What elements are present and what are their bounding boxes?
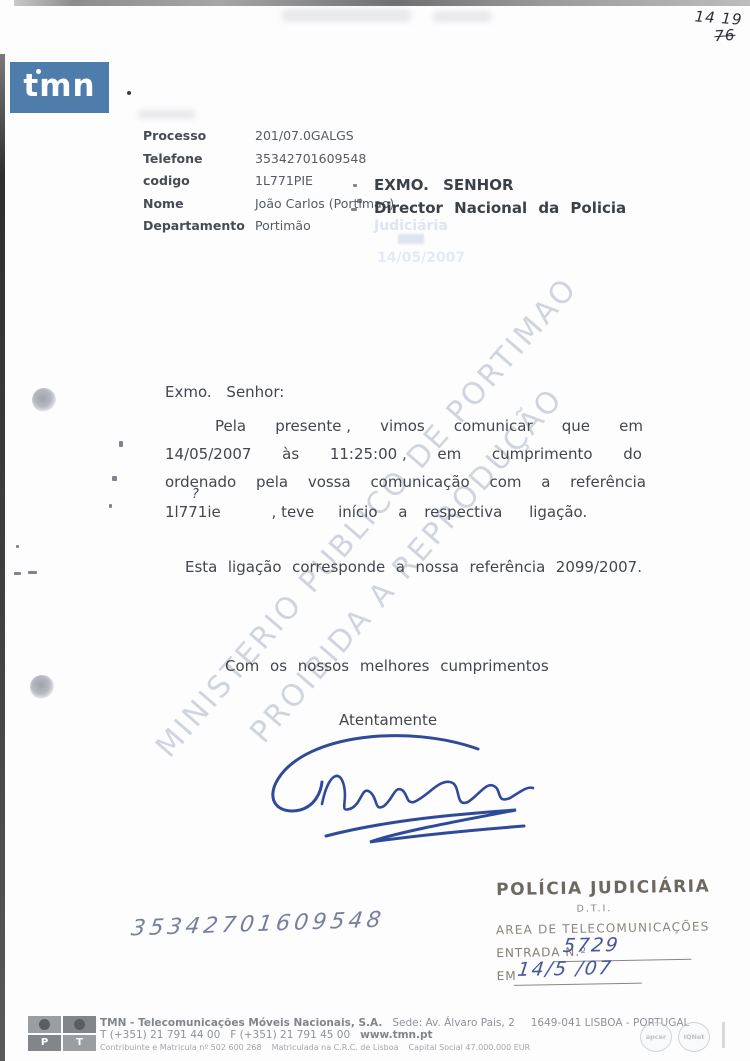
hole-punch <box>32 388 56 412</box>
iqnet-cert-logo: IQNet <box>678 1022 710 1052</box>
word: ordenado <box>165 473 236 491</box>
field-row-processo: Processo 201/07.0GALGS <box>143 128 403 143</box>
field-label: Processo <box>143 128 255 143</box>
tmn-logo-dot-icon <box>36 69 41 74</box>
field-row-nome: Nome João Carlos (Portimao) <box>143 196 403 211</box>
paragraph1-line4: 1l771ie , teve início a respectiva ligaç… <box>165 503 587 521</box>
faint-date: 14/05/2007 <box>377 250 465 266</box>
word: nossa <box>415 558 459 576</box>
field-row-telefone: Telefone 35342701609548 <box>143 151 403 166</box>
ink-speck <box>357 199 362 203</box>
scan-left-edge <box>0 54 5 1061</box>
word: comunicação <box>370 473 469 491</box>
word: com <box>489 473 521 491</box>
word: a <box>541 473 550 491</box>
stamp-date-handwritten: 14/5 /07 <box>516 957 614 981</box>
ink-speck <box>112 476 117 481</box>
ink-speck <box>127 91 131 95</box>
word: corresponde <box>292 558 385 576</box>
handwritten-question-mark: ? <box>192 487 199 502</box>
recipient-line1: EXMO. SENHOR <box>374 176 626 194</box>
handwritten-msisdn: 35342701609548 <box>130 908 387 942</box>
word: 2099/2007. <box>556 558 642 576</box>
paragraph1-line1: Pela presente , vimos comunicar que em <box>215 417 643 435</box>
word: às <box>282 445 299 463</box>
word: vimos <box>380 417 425 435</box>
scan-top-edge <box>14 0 750 6</box>
footer-website: www.tmn.pt <box>360 1029 432 1041</box>
scanned-letter-page: 14 19 76 tmn Processo 201/07.0GALGS Tele… <box>0 0 750 1061</box>
word: presente , <box>275 417 351 435</box>
field-label: codigo <box>143 173 255 188</box>
footer-line3: Contribuinte e Matricula nº 502 600 268M… <box>100 1042 689 1054</box>
footer-line2: T (+351) 21 791 44 00F (+351) 21 791 45 … <box>100 1030 689 1042</box>
pt-logo: P T <box>28 1016 96 1051</box>
word: em <box>619 417 643 435</box>
word: a <box>396 558 405 576</box>
ink-speck <box>16 545 19 548</box>
stamp-date-label: EM <box>497 969 517 983</box>
stamp-subtitle: D.T.I. <box>576 903 612 915</box>
word: pela <box>256 473 288 491</box>
word: referência <box>470 558 546 576</box>
handwritten-number-top: 14 19 <box>694 8 743 28</box>
closing-line: Com os nossos melhores cumprimentos <box>225 657 549 675</box>
policia-judiciaria-stamp: POLÍCIA JUDICIÁRIA D.T.I. AREA DE TELECO… <box>490 876 750 881</box>
recipient-block: EXMO. SENHOR Director Nacional da Polici… <box>374 176 626 217</box>
footer-legal3: Capital Social 47.000.000 EUR <box>409 1043 531 1052</box>
hole-punch <box>30 675 54 699</box>
pt-logo-circle-icon <box>28 1016 61 1033</box>
field-value: Portimão <box>255 218 311 233</box>
word: Esta <box>185 558 217 576</box>
pt-logo-letter-p: P <box>28 1035 61 1052</box>
field-label: Telefone <box>143 151 255 166</box>
word: ligação <box>228 558 282 576</box>
field-value: 35342701609548 <box>255 151 366 166</box>
pt-logo-letter-t: T <box>63 1035 96 1052</box>
pt-logo-circle-icon <box>63 1016 96 1033</box>
footer-company-info: TMN - Telecomunicações Móveis Nacionais,… <box>100 1018 689 1054</box>
faint-stamp-trace <box>398 234 424 244</box>
field-label: Nome <box>143 196 255 211</box>
recipient-line2: Director Nacional da Policia <box>374 199 626 217</box>
word: respectiva <box>424 503 502 521</box>
signature-ink <box>248 724 558 864</box>
footer-phone: T (+351) 21 791 44 00 <box>100 1029 220 1041</box>
ink-speck <box>119 441 123 447</box>
word: que <box>562 417 590 435</box>
footer-address1: Sede: Av. Álvaro Pais, 2 <box>392 1017 514 1029</box>
word: Pela <box>215 417 246 435</box>
tmn-logo-text: tmn <box>23 68 95 104</box>
handwritten-number-struck: 76 <box>714 27 736 45</box>
word: do <box>623 445 642 463</box>
word: a <box>398 503 407 521</box>
field-label: Departamento <box>143 218 255 233</box>
ink-speck <box>14 572 21 575</box>
word: cumprimento <box>492 445 593 463</box>
handwritten-page-numbers: 14 19 76 <box>693 8 743 45</box>
field-row-codigo: codigo 1L771PIE <box>143 173 403 188</box>
scan-smudge <box>282 9 412 22</box>
word: 1l771ie <box>165 503 221 521</box>
cert-side-mark <box>722 1022 725 1048</box>
word: início <box>338 503 377 521</box>
stamp-entry-number-handwritten: 5729 <box>562 934 621 957</box>
header-fields: Processo 201/07.0GALGS Telefone 35342701… <box>143 128 403 241</box>
certification-logos: apcer IQNet <box>640 1022 710 1052</box>
ink-speck <box>28 571 37 574</box>
ink-speck <box>353 184 357 187</box>
paragraph1-line2: 14/05/2007 às 11:25:00 , em cumprimento … <box>165 445 642 463</box>
word: , teve <box>272 503 315 521</box>
footer-company-name: TMN - Telecomunicações Móveis Nacionais,… <box>100 1017 382 1029</box>
word: comunicar <box>454 417 533 435</box>
field-value: 1L771PIE <box>255 173 313 188</box>
scan-smudge <box>138 110 196 119</box>
field-row-departamento: Departamento Portimão <box>143 218 403 233</box>
word: 14/05/2007 <box>165 445 251 463</box>
footer-legal2: Matriculada na C.R.C. de Lisboa <box>272 1043 399 1052</box>
paragraph1-line3: ordenado pela vossa comunicação com a re… <box>165 473 646 491</box>
word: referência <box>570 473 646 491</box>
stamp-date-underline <box>514 983 642 986</box>
ink-speck <box>109 504 112 508</box>
footer-legal1: Contribuinte e Matricula nº 502 600 268 <box>100 1043 262 1052</box>
faint-recipient-line3: Judiciária <box>374 218 448 234</box>
tmn-logo: tmn <box>10 62 109 113</box>
word: vossa <box>308 473 351 491</box>
scan-smudge <box>432 11 492 22</box>
footer-fax: F (+351) 21 791 45 00 <box>230 1029 350 1041</box>
apcer-cert-logo: apcer <box>640 1022 672 1052</box>
ink-speck <box>351 208 357 211</box>
field-value: 201/07.0GALGS <box>255 128 354 143</box>
word: em <box>437 445 461 463</box>
paragraph2: Esta ligação corresponde a nossa referên… <box>185 558 642 576</box>
word: ligação. <box>529 503 587 521</box>
salutation: Exmo. Senhor: <box>165 383 284 401</box>
stamp-title: POLÍCIA JUDICIÁRIA <box>496 876 710 900</box>
word: 11:25:00 , <box>330 445 407 463</box>
